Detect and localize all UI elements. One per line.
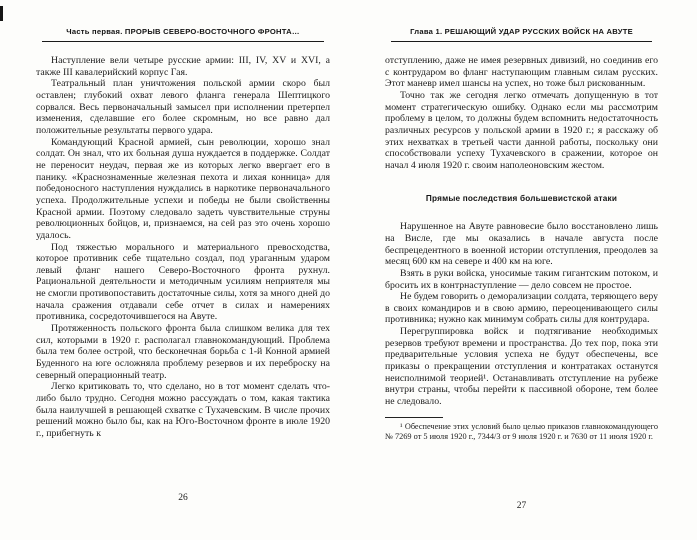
- running-head-left: Часть первая. ПРОРЫВ СЕВЕРО-ВОСТОЧНОГО Ф…: [36, 27, 330, 36]
- paragraph: Нарушенное на Авуте равновесие было восс…: [385, 221, 658, 268]
- running-head-right: Глава 1. РЕШАЮЩИЙ УДАР РУССКИХ ВОЙСК НА …: [385, 27, 658, 36]
- page-number-right: 27: [385, 501, 658, 511]
- paragraph: Театральный план уничтожения польской ар…: [36, 78, 330, 136]
- footnote-text: ¹ Обеспечение этих условий было целью пр…: [385, 422, 658, 443]
- footnote-rule: [385, 417, 443, 418]
- header-rule-left: [42, 41, 324, 42]
- section-subheading: Прямые последствия большевистской атаки: [385, 193, 658, 205]
- paragraph: Командующий Красной армией, сын революци…: [36, 137, 330, 242]
- book-spread: Часть первая. ПРОРЫВ СЕВЕРО-ВОСТОЧНОГО Ф…: [0, 0, 697, 540]
- body-text-right: отступлению, даже не имея резервных диви…: [385, 55, 658, 443]
- paragraph: Взять в руки войска, уносимые таким гига…: [385, 268, 658, 291]
- paragraph: Наступление вели четыре русские армии: I…: [36, 55, 330, 78]
- paragraph: отступлению, даже не имея резервных диви…: [385, 55, 658, 90]
- paragraph: Не будем говорить о деморализации солдат…: [385, 291, 658, 326]
- paragraph: Точно так же сегодня легко отмечать допу…: [385, 90, 658, 172]
- paragraph: Под тяжестью морального и материального …: [36, 242, 330, 324]
- page-right: Глава 1. РЕШАЮЩИЙ УДАР РУССКИХ ВОЙСК НА …: [385, 22, 658, 522]
- page-left: Часть первая. ПРОРЫВ СЕВЕРО-ВОСТОЧНОГО Ф…: [36, 22, 330, 522]
- body-text-left: Наступление вели четыре русские армии: I…: [36, 55, 330, 440]
- scan-artifact-mark: [0, 6, 3, 21]
- paragraph: Перегруппировка войск и подтягивание нео…: [385, 326, 658, 408]
- page-number-left: 26: [36, 493, 330, 503]
- header-rule-right: [391, 41, 652, 42]
- paragraph: Легко критиковать то, что сделано, но в …: [36, 381, 330, 439]
- paragraph: Протяженность польского фронта была слиш…: [36, 323, 330, 381]
